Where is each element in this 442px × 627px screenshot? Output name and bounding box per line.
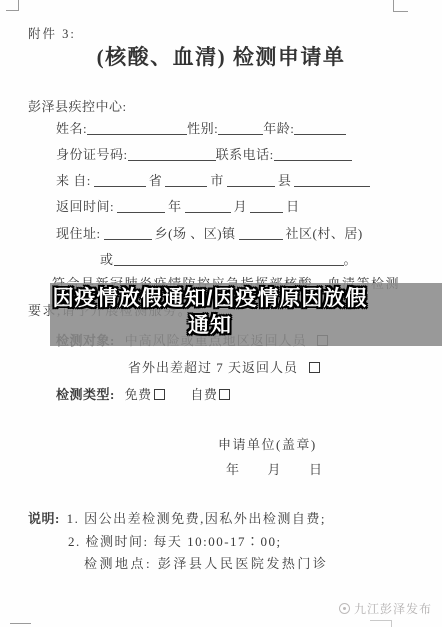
county-detail-blank	[294, 175, 370, 187]
year-blank	[117, 201, 165, 213]
or-blank	[114, 254, 344, 266]
community-blank	[239, 228, 283, 240]
province-blank	[94, 175, 146, 187]
margin-crop-mark-top-right	[393, 0, 408, 12]
form-row-return-time: 返回时间:年月日	[56, 199, 300, 214]
publisher-logo-icon	[339, 603, 350, 614]
form-row-from: 来 自:省市县	[56, 173, 373, 188]
overlay-headline: 因疫情放假通知/因疫情原因放假 通知	[20, 285, 400, 339]
addressee: 彭泽县疾控中心:	[28, 99, 127, 114]
notes-row1: 说明: 1. 因公出差检测免费,因私外出检测自费;	[28, 511, 326, 526]
city-blank	[165, 175, 207, 187]
margin-crop-mark-top-left	[6, 0, 19, 11]
gender-label: 性别:	[187, 121, 218, 136]
county-suffix: 县	[278, 173, 292, 188]
township-blank	[104, 228, 152, 240]
id-number-blank	[128, 149, 216, 161]
return-time-label: 返回时间:	[56, 199, 114, 214]
overlay-headline-line1: 因疫情放假通知/因疫情原因放假	[20, 285, 400, 312]
test-type-free-checkbox	[154, 389, 165, 400]
form-row-or: 或。	[100, 252, 357, 267]
attachment-label: 附件 3:	[28, 24, 76, 42]
day-blank	[250, 201, 283, 213]
age-blank	[294, 123, 346, 135]
address-label: 现住址:	[56, 226, 101, 241]
overlay-headline-line2: 通知	[20, 312, 400, 339]
test-type-selfpay-label: 自费	[190, 387, 217, 402]
name-blank	[87, 123, 187, 135]
or-label: 或	[100, 252, 114, 267]
province-suffix: 省	[149, 173, 163, 188]
margin-crop-mark-bottom-left	[10, 623, 31, 627]
page-title: (核酸、血清) 检测申请单	[0, 41, 442, 71]
signature-month: 月	[268, 462, 282, 477]
margin-crop-mark-bottom-right	[370, 620, 392, 627]
form-row-id: 身份证号码:联系电话:	[56, 147, 352, 162]
township-suffix: 乡(场 、区)镇	[155, 226, 236, 241]
signature-unit-label: 申请单位(盖章)	[218, 437, 317, 452]
notes-item3: 检测地点: 彭泽县人民医院发热门诊	[84, 556, 328, 571]
sentence-end: 。	[344, 252, 358, 267]
from-label: 来 自:	[56, 173, 91, 188]
test-type-selfpay-checkbox	[219, 389, 230, 400]
signature-date-line: 年月日	[226, 462, 323, 477]
age-label: 年龄:	[263, 121, 294, 136]
test-type-label: 检测类型:	[56, 387, 115, 402]
month-suffix: 月	[234, 199, 248, 214]
test-target-option2: 省外出差超过 7 天返回人员	[128, 360, 298, 375]
month-blank	[185, 201, 231, 213]
notes-label: 说明:	[28, 511, 60, 526]
test-type-free-label: 免费	[125, 387, 152, 402]
phone-blank	[274, 149, 352, 161]
year-suffix: 年	[168, 199, 182, 214]
gender-blank	[218, 123, 263, 135]
name-label: 姓名:	[56, 121, 87, 136]
city-suffix: 市	[210, 173, 224, 188]
form-row-address: 现住址:乡(场 、区)镇社区(村、居)	[56, 226, 363, 241]
id-number-label: 身份证号码:	[56, 147, 128, 162]
form-row-name: 姓名:性别:年龄:	[56, 121, 346, 136]
test-target-option2-checkbox	[309, 362, 320, 373]
community-suffix: 社区(村、居)	[286, 226, 363, 241]
publisher-watermark-text: 九江彭泽发布	[354, 600, 432, 617]
document-page: 附件 3: (核酸、血清) 检测申请单 彭泽县疾控中心: 姓名:性别:年龄: 身…	[0, 0, 442, 627]
test-type-row: 检测类型: 免费 自费	[56, 387, 230, 402]
publisher-watermark: 九江彭泽发布	[339, 600, 432, 617]
notes-item1: 1. 因公出差检测免费,因私外出检测自费;	[67, 511, 326, 526]
signature-day: 日	[309, 462, 323, 477]
signature-year: 年	[226, 462, 240, 477]
notes-item2: 2. 检测时间: 每天 10:00-17∶00;	[68, 534, 282, 549]
test-target-row2: 省外出差超过 7 天返回人员	[128, 360, 320, 375]
day-suffix: 日	[286, 199, 300, 214]
phone-label: 联系电话:	[216, 147, 274, 162]
county-blank	[227, 175, 275, 187]
